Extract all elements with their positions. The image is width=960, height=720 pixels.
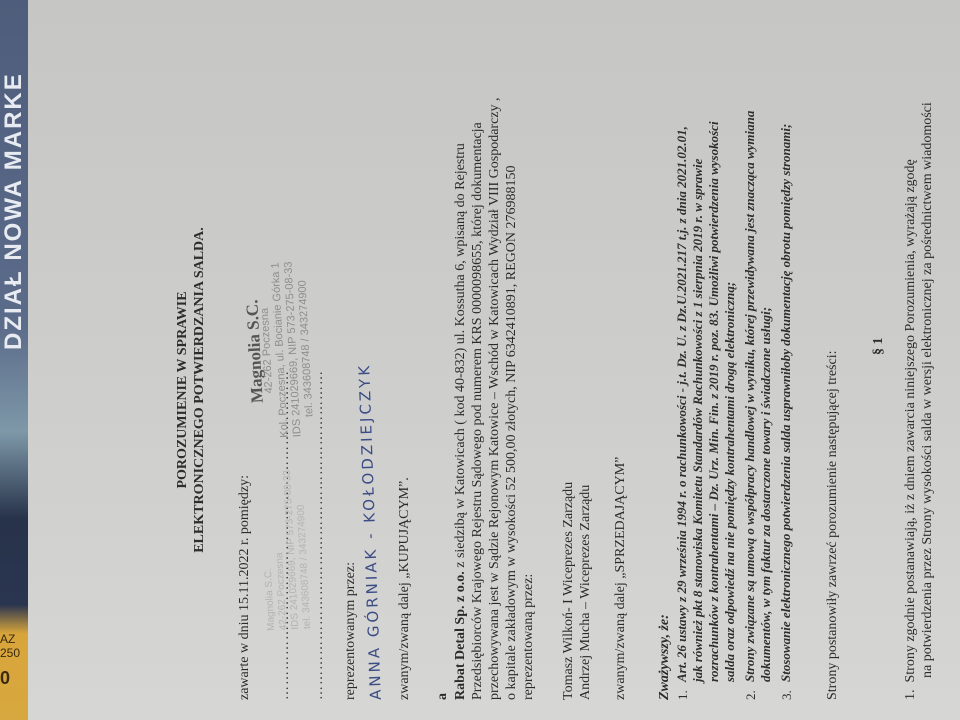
document-photo: POROZUMIENIE W SPRAWIE ELEKTRONICZNEGO P… <box>24 0 960 720</box>
seller-representatives: Tomasz Wilkoń- I Wiceprezes Zarządu Andr… <box>560 482 594 700</box>
section-1-heading: § 1 <box>870 338 887 356</box>
seller-designation: zwanym/zwaną dalej „SPRZEDAJĄCYM” <box>612 457 629 700</box>
faint-stamp-imprint: Magnolia S.C. 42-262 Poczesna IDS 241029… <box>258 469 314 631</box>
buyer-designation: zwanym/zwaną dalej „KUPUJĄCYM”. <box>396 477 413 700</box>
document-title: POROZUMIENIE W SPRAWIE ELEKTRONICZNEGO P… <box>174 200 208 580</box>
whereas-label: Zważywszy, że: <box>656 614 673 700</box>
buyer-representative-label: reprezentowanym przez: <box>342 562 359 700</box>
whereas-item-3: Stosowanie elektronicznego potwierdzenia… <box>778 124 794 682</box>
parties-decided: Strony postanowiły zawrzeć porozumienie … <box>824 351 841 701</box>
seller-rep-1: Tomasz Wilkoń- I Wiceprezes Zarządu <box>560 482 577 700</box>
buyer-company-stamp: Magnolia S.C. 42-262 Poczesna Kol. Pocze… <box>242 238 318 461</box>
whereas-item-1: Art. 26 ustawy z 29 września 1994 r. o r… <box>674 121 738 682</box>
seller-rep-2: Andrzej Mucha – Wiceprezes Zarządu <box>577 482 594 700</box>
seller-name: Rabat Detal Sp. z o.o. <box>453 571 468 700</box>
buyer-representative-handwritten: ANNA GÓRNIAK - KOŁODZIEJCZYK <box>356 363 385 701</box>
packaging-text: DZIAŁ NOWA MARKE <box>2 20 26 350</box>
whereas-item-2: Strony związane są umową o współpracy ha… <box>742 111 774 682</box>
title-line-1: POROZUMIENIE W SPRAWIE <box>174 200 191 580</box>
concluded-date: zawarte w dniu 15.11.2022 r. pomiędzy: <box>236 475 253 700</box>
and-connector: a <box>434 693 451 700</box>
paragraph-1: 1. Strony zgodnie postanawiają, iż z dni… <box>902 102 936 700</box>
seller-description: Rabat Detal Sp. z o.o. z siedzibą w Kato… <box>452 97 537 700</box>
document-page: POROZUMIENIE W SPRAWIE ELEKTRONICZNEGO P… <box>24 0 960 720</box>
title-line-2: ELEKTRONICZNEGO POTWIERDZANIA SALDA. <box>191 200 208 580</box>
background-packaging: DZIAŁ NOWA MARKE AZ 250 0 <box>0 0 28 720</box>
